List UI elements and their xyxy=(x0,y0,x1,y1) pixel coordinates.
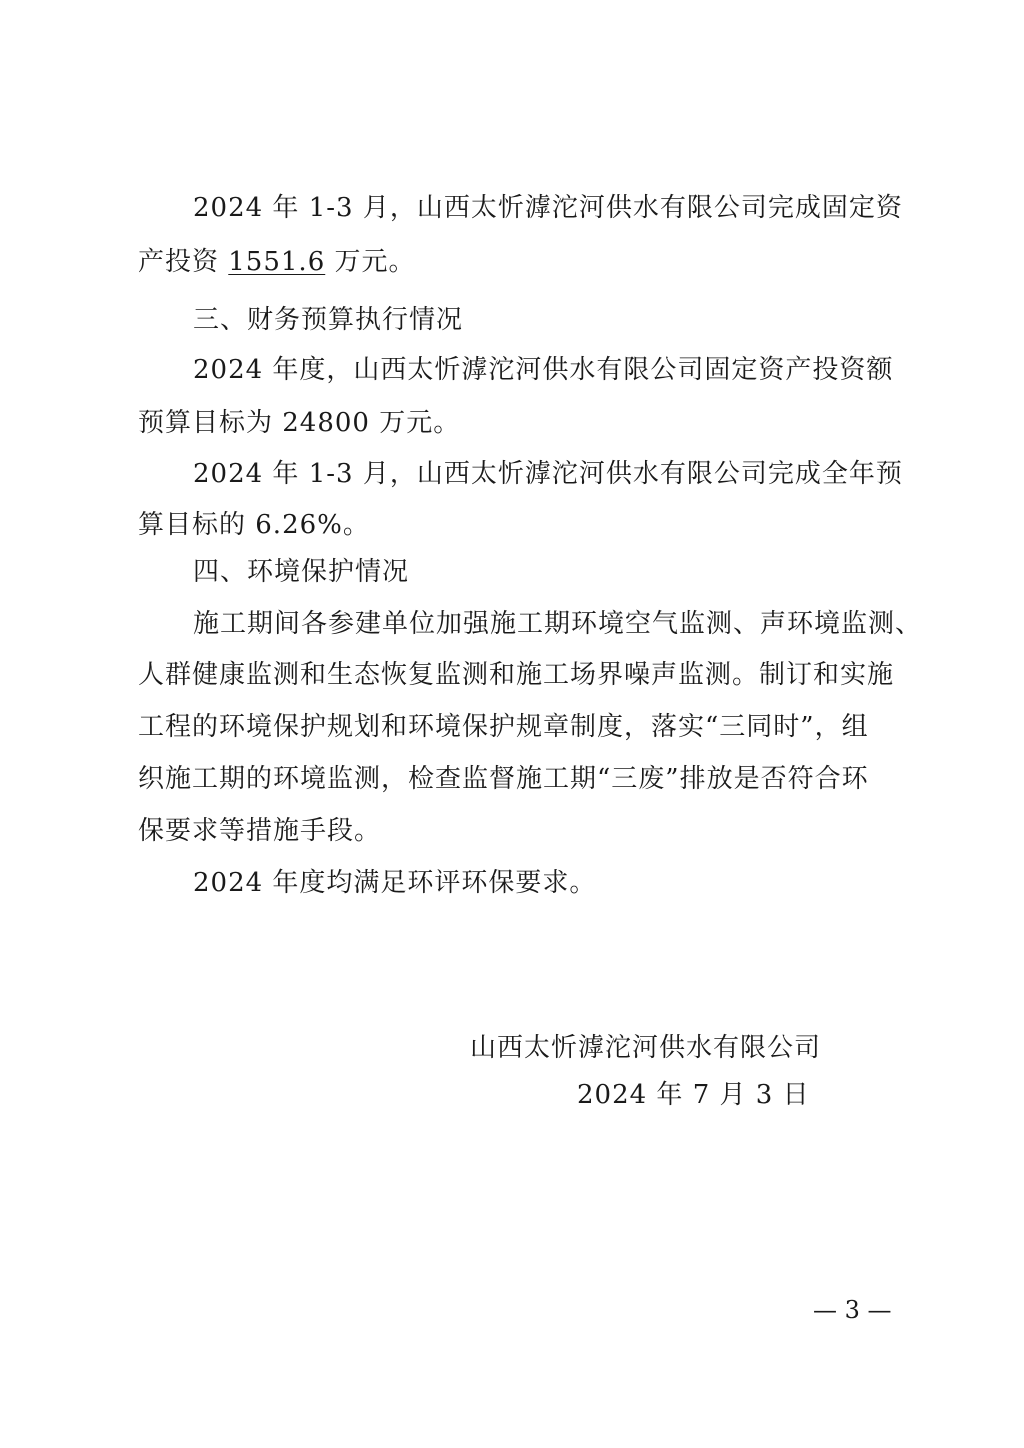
paragraph-budget-line2: 预算目标为 24800 万元。 xyxy=(138,408,460,438)
paragraph-environment-line5: 保要求等措施手段。 xyxy=(138,816,381,846)
investment-prefix: 产投资 xyxy=(138,247,228,277)
section-heading-budget: 三、财务预算执行情况 xyxy=(193,305,463,335)
page-number: — 3 — xyxy=(813,1295,892,1325)
paragraph-environment-line3: 工程的环境保护规划和环境保护规章制度，落实“三同时”，组 xyxy=(138,712,869,742)
paragraph-environment-line4: 织施工期的环境监测，检查监督施工期“三废”排放是否符合环 xyxy=(138,764,869,794)
section-heading-environment: 四、环境保护情况 xyxy=(193,557,409,587)
investment-suffix: 万元。 xyxy=(325,247,415,277)
paragraph-budget-progress-line1: 2024 年 1-3 月，山西太忻滹沱河供水有限公司完成全年预 xyxy=(193,459,903,489)
paragraph-budget-line1: 2024 年度，山西太忻滹沱河供水有限公司固定资产投资额 xyxy=(193,355,893,385)
paragraph-environment-line2: 人群健康监测和生态恢复监测和施工场界噪声监测。制订和实施 xyxy=(138,660,894,690)
paragraph-budget-progress-line2: 算目标的 6.26%。 xyxy=(138,510,370,540)
paragraph-investment-line1: 2024 年 1-3 月，山西太忻滹沱河供水有限公司完成固定资 xyxy=(193,193,903,223)
paragraph-environment-line1: 施工期间各参建单位加强施工期环境空气监测、声环境监测、 xyxy=(193,609,922,639)
paragraph-environment-compliance: 2024 年度均满足环评环保要求。 xyxy=(193,868,596,898)
paragraph-investment-line2: 产投资 1551.6 万元。 xyxy=(138,247,416,277)
signature-date: 2024 年 7 月 3 日 xyxy=(577,1080,810,1110)
investment-amount: 1551.6 xyxy=(228,247,325,277)
signature-company: 山西太忻滹沱河供水有限公司 xyxy=(470,1033,821,1063)
